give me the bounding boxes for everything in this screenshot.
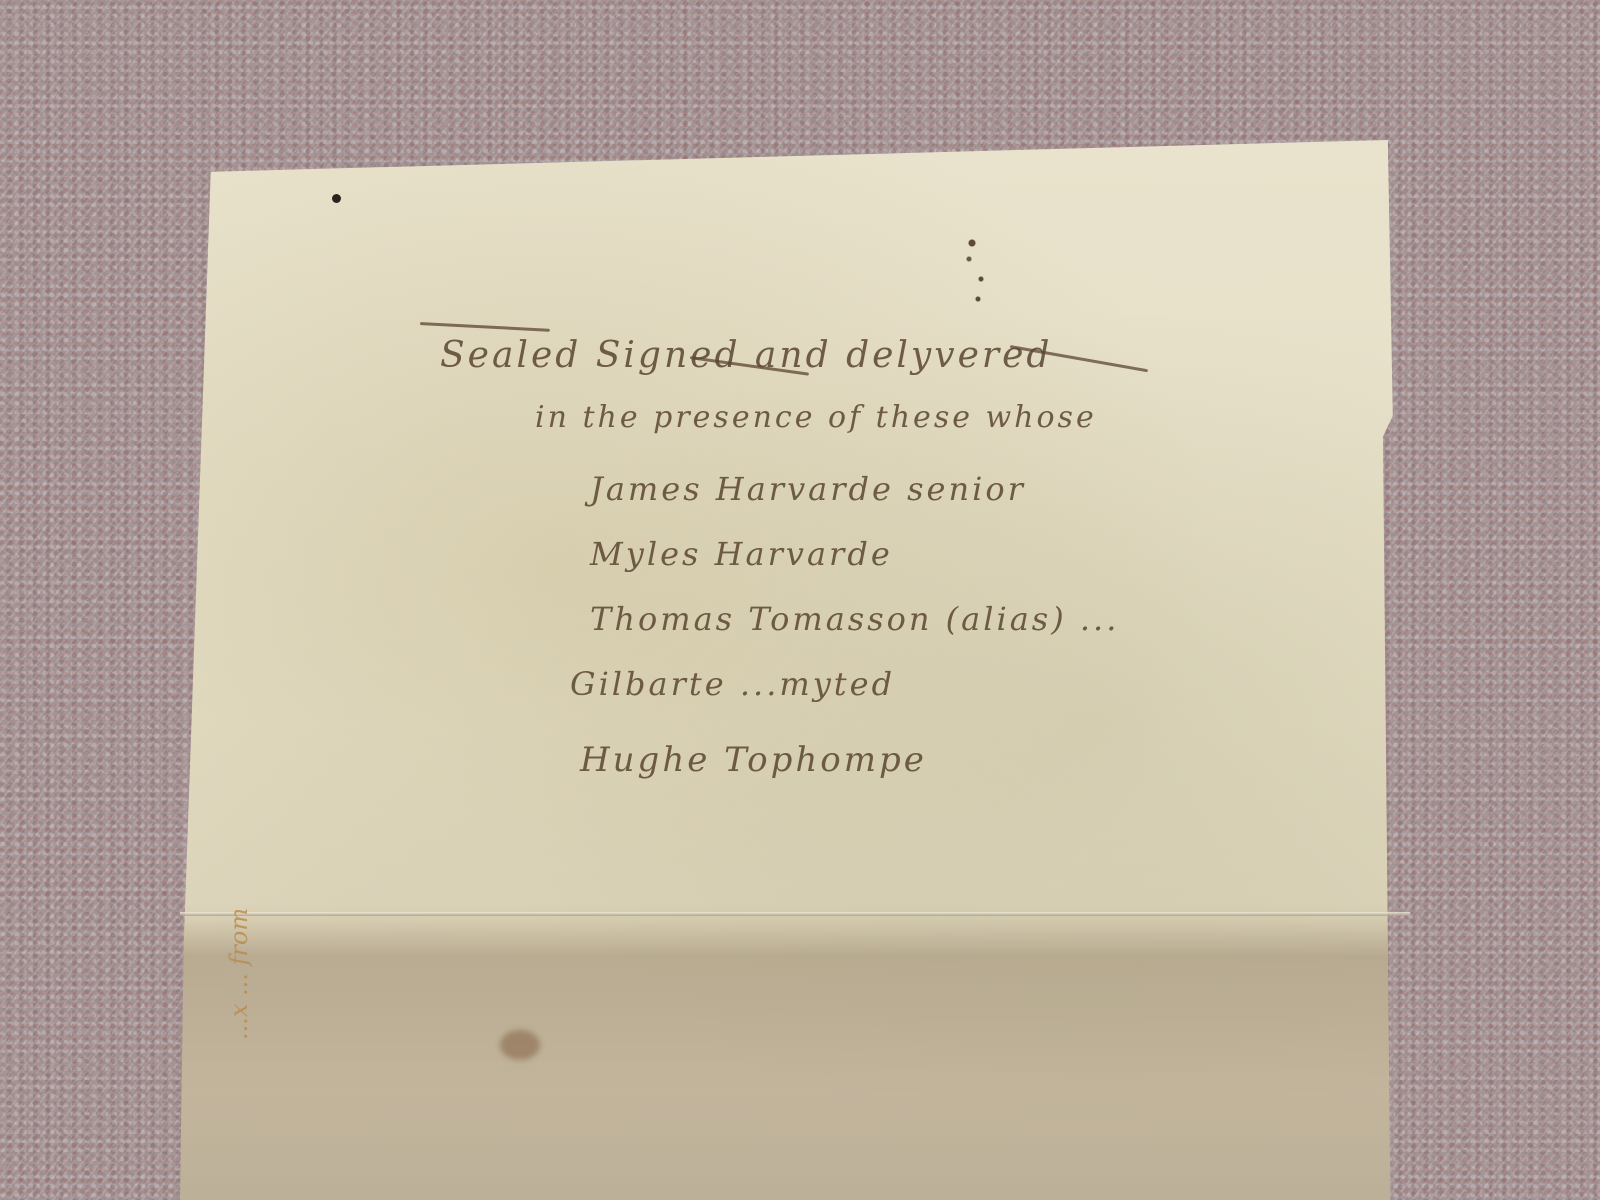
witness-name: James Harvarde senior: [590, 470, 1026, 508]
pin-hole: [332, 194, 341, 203]
witness-name: Myles Harvarde: [590, 535, 893, 573]
witness-name: Hughe Tophompe: [580, 740, 927, 780]
stain-mark: [500, 1030, 540, 1060]
witness-name: Thomas Tomasson (alias) ...: [590, 600, 1119, 638]
ink-spots: [960, 235, 990, 315]
margin-annotation: ...x ... from: [225, 908, 253, 1040]
witness-name: Gilbarte ...myted: [570, 665, 895, 703]
endorsement-line-sealed: Sealed Signed and delyvered: [440, 335, 1052, 376]
document-fold-crease: [180, 912, 1410, 916]
endorsement-line-presence: in the presence of these whose: [535, 400, 1097, 435]
